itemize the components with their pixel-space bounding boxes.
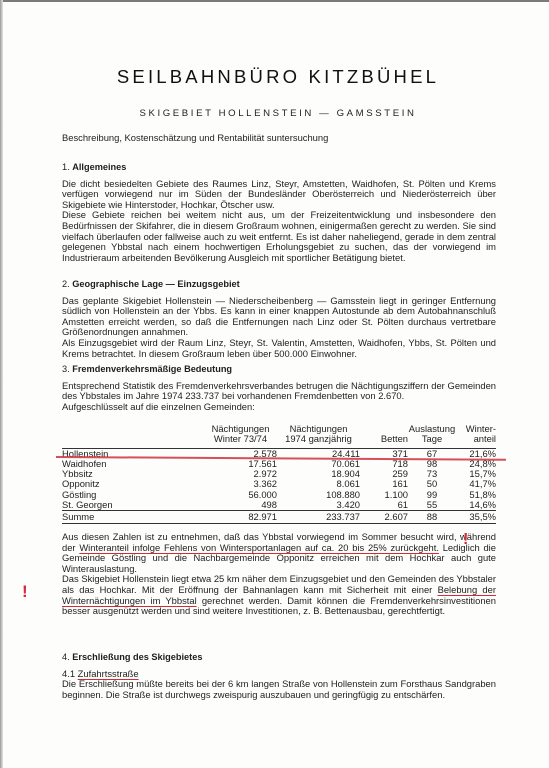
days-cell: 55 <box>408 500 456 511</box>
total-year: 233.737 <box>277 511 360 524</box>
document-subtitle: SKIGEBIET HOLLENSTEIN — GAMSSTEIN <box>62 108 494 119</box>
winter-cell: 498 <box>204 500 277 511</box>
header-beds: Betten <box>360 424 408 448</box>
table-header-row: NächtigungenWinter 73/74 Nächtigungen197… <box>62 424 496 448</box>
exclamation-mark-icon: ! <box>463 531 468 549</box>
scan-top-edge <box>0 0 549 2</box>
section-number: 3. <box>62 364 70 374</box>
section-title: Allgemeines <box>72 162 126 172</box>
total-beds: 2.607 <box>360 511 408 524</box>
total-winter: 82.971 <box>204 511 277 524</box>
section-heading: 4. Erschließung des Skigebietes <box>62 652 496 663</box>
year-cell: 3.420 <box>277 500 360 511</box>
section-paragraph: Die Erschließung müßte bereits bei der 6… <box>62 679 496 700</box>
header-year: Nächtigungen1974 ganzjährig <box>277 424 360 448</box>
red-underlined-text: Zufahrtsstraße <box>78 668 139 679</box>
scan-left-edge <box>0 0 3 768</box>
table-row: St. Georgen4983.420615514,6% <box>62 500 496 511</box>
beds-cell: 61 <box>360 500 408 511</box>
section-number: 4. <box>62 652 70 662</box>
overnight-stats-table: NächtigungenWinter 73/74 Nächtigungen197… <box>62 424 496 524</box>
header-days: AuslastungTage <box>408 424 456 448</box>
section-paragraph: Diese Gebiete reichen bei weitem nicht a… <box>62 210 496 263</box>
section-title: Fremdenverkehrsmäßige Bedeutung <box>72 364 232 374</box>
total-label: Summe <box>62 511 204 524</box>
section-title: Geographische Lage — Einzugsgebiet <box>72 279 239 289</box>
share-cell: 14,6% <box>456 500 496 511</box>
header-share: Winter-anteil <box>456 424 496 448</box>
section-fremdenverkehr: 3. Fremdenverkehrsmäßige Bedeutung Entsp… <box>62 364 496 412</box>
section-number: 2. <box>62 279 70 289</box>
section-paragraph: Als Einzugsgebiet wird der Raum Linz, St… <box>62 338 496 359</box>
section-paragraph: Die dicht besiedelten Gebiete des Raumes… <box>62 179 496 211</box>
letterhead: SEILBAHNBÜRO KITZBÜHEL <box>62 66 494 88</box>
section-number: 1. <box>62 162 70 172</box>
header-winter: NächtigungenWinter 73/74 <box>204 424 277 448</box>
gemeinde-cell: St. Georgen <box>62 500 204 511</box>
table-total-row: Summe 82.971 233.737 2.607 88 35,5% <box>62 511 496 524</box>
section-paragraph: Aufgeschlüsselt auf die einzelnen Gemein… <box>62 402 496 413</box>
total-share: 35,5% <box>456 511 496 524</box>
section-heading: 3. Fremdenverkehrsmäßige Bedeutung <box>62 364 496 375</box>
section-allgemeines: 1. Allgemeines Die dicht besiedelten Geb… <box>62 162 496 263</box>
section-paragraph: Entsprechend Statistik des Fremdenverkeh… <box>62 381 496 402</box>
section-paragraph: Das geplante Skigebiet Hollenstein — Nie… <box>62 296 496 338</box>
section-geographische-lage: 2. Geographische Lage — Einzugsgebiet Da… <box>62 279 496 359</box>
section-fremdenverkehr-conclusion: Aus diesen Zahlen ist zu entnehmen, daß … <box>62 532 496 617</box>
section-heading: 2. Geographische Lage — Einzugsgebiet <box>62 279 496 290</box>
section-erschliessung: 4. Erschließung des Skigebietes 4.1 Zufa… <box>62 652 496 700</box>
section-title: Erschließung des Skigebietes <box>72 652 202 662</box>
section-paragraph: Das Skigebiet Hollenstein liegt etwa 25 … <box>62 574 496 616</box>
document-lead: Beschreibung, Kostenschätzung und Rentab… <box>62 132 328 143</box>
exclamation-mark-icon: ! <box>22 582 28 602</box>
red-underlined-text: Winteranteil infolge Fehlens von Winters… <box>79 542 439 553</box>
header-gemeinde <box>62 424 204 448</box>
section-heading: 1. Allgemeines <box>62 162 496 173</box>
total-days: 88 <box>408 511 456 524</box>
section-paragraph: Aus diesen Zahlen ist zu entnehmen, daß … <box>62 532 496 574</box>
